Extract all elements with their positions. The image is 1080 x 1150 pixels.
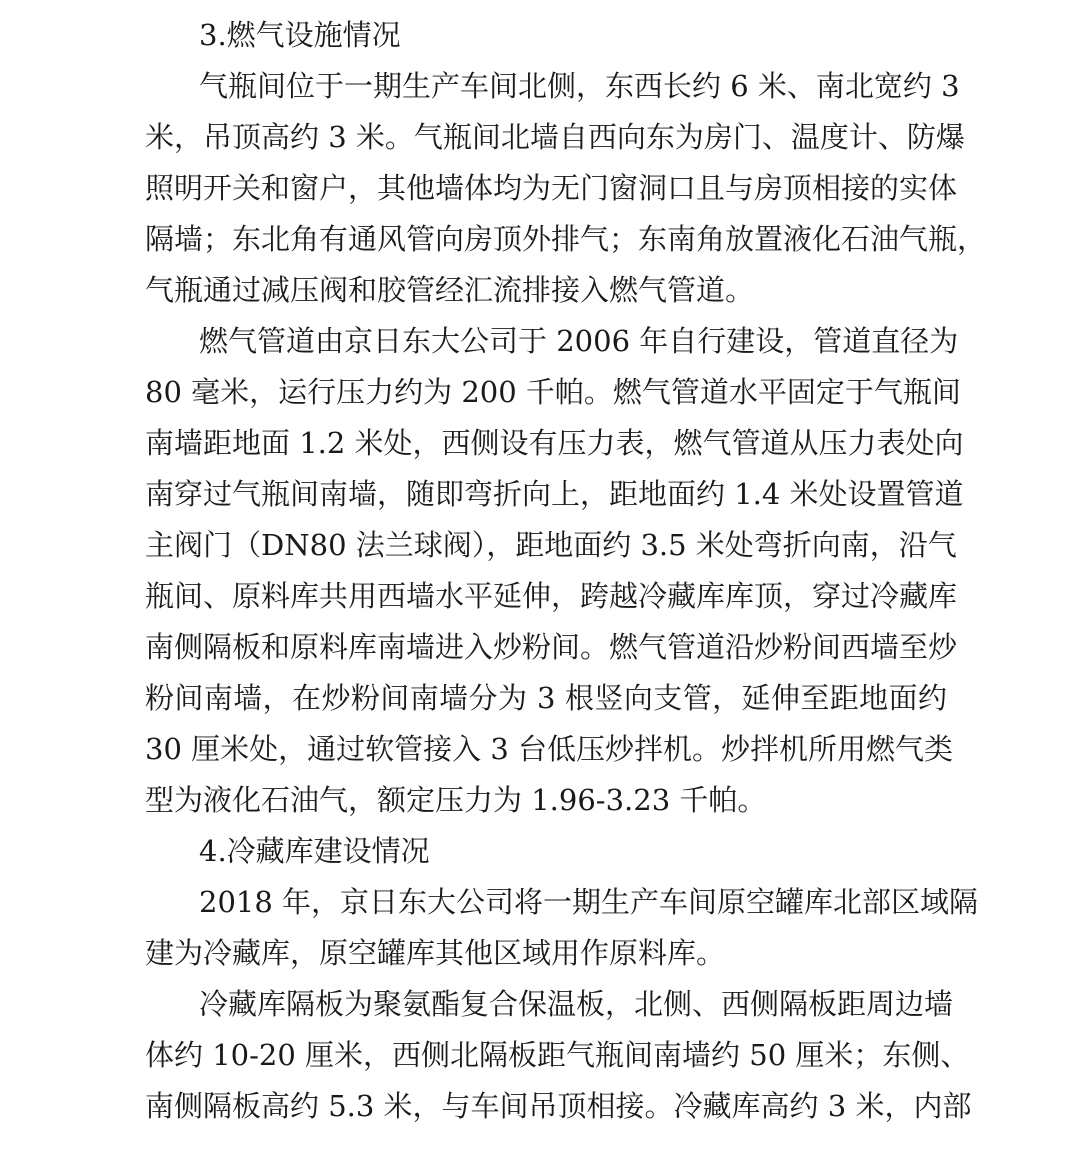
paragraph-line: 气瓶通过减压阀和胶管经汇流排接入燃气管道。 <box>145 270 947 310</box>
paragraph-line: 30 厘米处，通过软管接入 3 台低压炒拌机。炒拌机所用燃气类 <box>145 729 947 769</box>
document-page: 3.燃气设施情况 气瓶间位于一期生产车间北侧，东西长约 6 米、南北宽约 3 米… <box>0 0 1080 1150</box>
paragraph-line: 照明开关和窗户，其他墙体均为无门窗洞口且与房顶相接的实体 <box>145 168 947 208</box>
paragraph-line: 气瓶间位于一期生产车间北侧，东西长约 6 米、南北宽约 3 <box>199 66 947 106</box>
paragraph-line: 体约 10-20 厘米，西侧北隔板距气瓶间南墙约 50 厘米；东侧、 <box>145 1035 947 1075</box>
paragraph-line: 主阀门（DN80 法兰球阀），距地面约 3.5 米处弯折向南，沿气 <box>145 525 947 565</box>
paragraph-line: 燃气管道由京日东大公司于 2006 年自行建设，管道直径为 <box>199 321 947 361</box>
paragraph-line: 隔墙；东北角有通风管向房顶外排气；东南角放置液化石油气瓶， <box>145 219 947 259</box>
paragraph-line: 2018 年，京日东大公司将一期生产车间原空罐库北部区域隔 <box>199 882 947 922</box>
paragraph-line: 南侧隔板高约 5.3 米，与车间吊顶相接。冷藏库高约 3 米，内部 <box>145 1086 947 1126</box>
paragraph-line: 冷藏库隔板为聚氨酯复合保温板，北侧、西侧隔板距周边墙 <box>199 984 947 1024</box>
paragraph-line: 80 毫米，运行压力约为 200 千帕。燃气管道水平固定于气瓶间 <box>145 372 947 412</box>
paragraph-line: 瓶间、原料库共用西墙水平延伸，跨越冷藏库库顶，穿过冷藏库 <box>145 576 947 616</box>
section-heading: 3.燃气设施情况 <box>199 15 947 55</box>
paragraph-line: 南侧隔板和原料库南墙进入炒粉间。燃气管道沿炒粉间西墙至炒 <box>145 627 947 667</box>
paragraph-line: 南墙距地面 1.2 米处，西侧设有压力表，燃气管道从压力表处向 <box>145 423 947 463</box>
paragraph-line: 建为冷藏库，原空罐库其他区域用作原料库。 <box>145 933 947 973</box>
paragraph-line: 粉间南墙，在炒粉间南墙分为 3 根竖向支管，延伸至距地面约 <box>145 678 947 718</box>
paragraph-line: 南穿过气瓶间南墙，随即弯折向上，距地面约 1.4 米处设置管道 <box>145 474 947 514</box>
section-heading: 4.冷藏库建设情况 <box>199 831 947 871</box>
paragraph-line: 米，吊顶高约 3 米。气瓶间北墙自西向东为房门、温度计、防爆 <box>145 117 947 157</box>
paragraph-line: 型为液化石油气，额定压力为 1.96-3.23 千帕。 <box>145 780 947 820</box>
